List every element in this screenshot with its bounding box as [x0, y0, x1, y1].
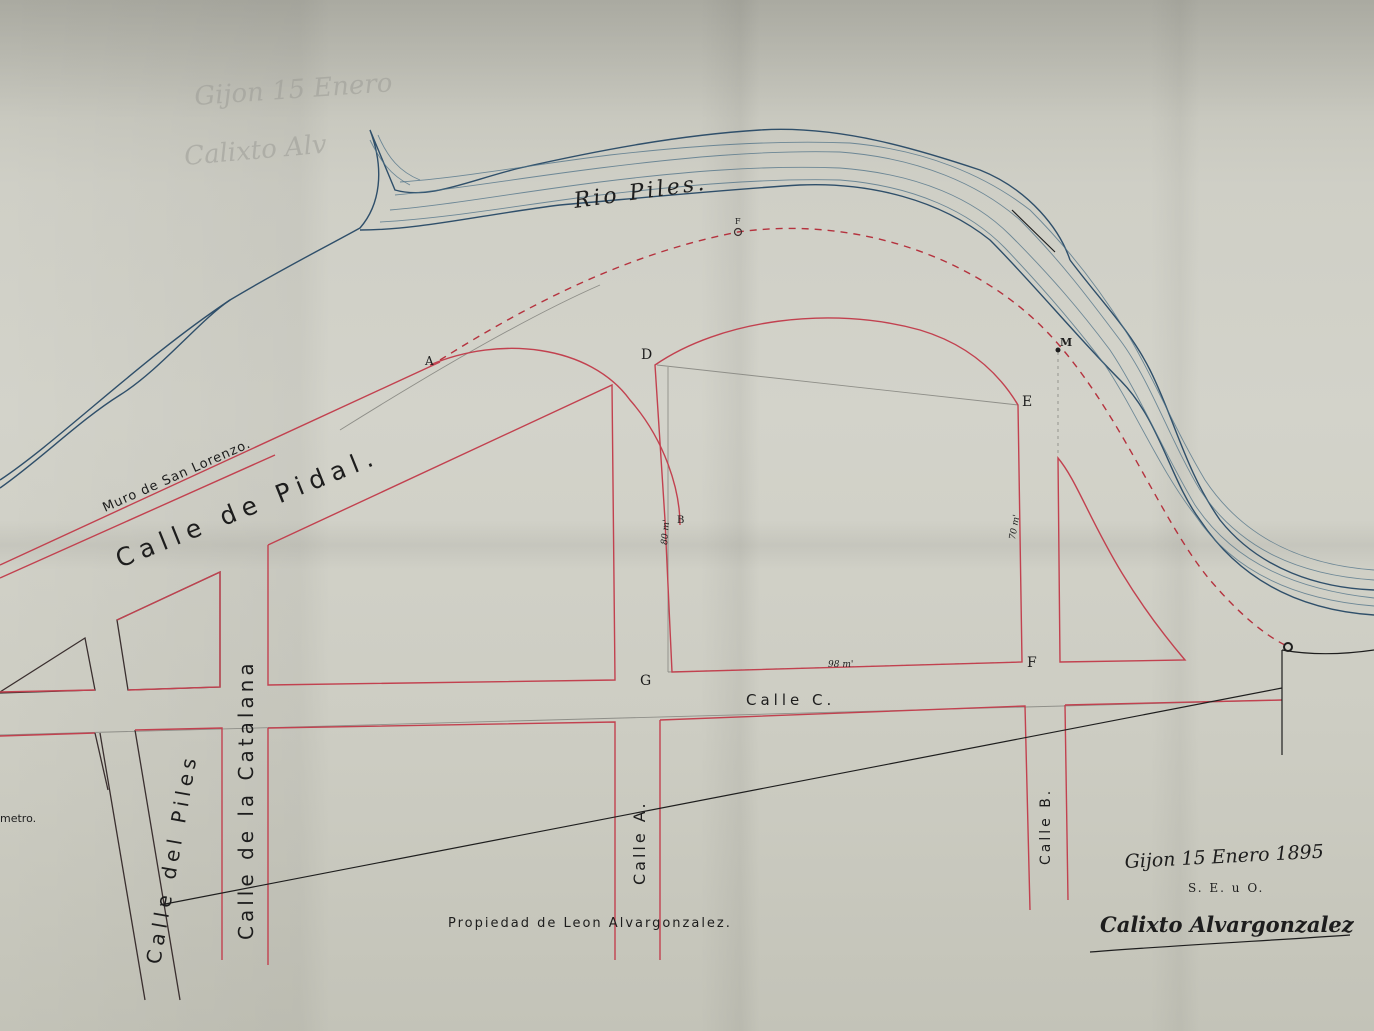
triangle-block — [1058, 458, 1185, 662]
label-calle-b: Calle B. — [1038, 788, 1054, 865]
label-calle-pidal: Calle de Pidal. — [111, 441, 383, 573]
signature-block: Gijon 15 Enero 1895 S. E. u O. Calixto A… — [1090, 841, 1355, 952]
ghost-text-line2: Calixto Alv — [183, 130, 328, 172]
point-b-label: B — [677, 515, 684, 526]
dimension-labels: 98 m' 80 m' 70 m' — [660, 514, 1022, 670]
signature: Calixto Alvargonzalez — [1100, 912, 1355, 937]
point-labels: A B D E F F G M — [424, 217, 1072, 689]
point-m-label: M — [1060, 336, 1072, 349]
point-f-label: F — [1027, 655, 1037, 671]
street-labels: Muro de San Lorenzo. Calle de Pidal. Cal… — [101, 437, 1054, 966]
map-drawing: Gijon 15 Enero Calixto Alv Rio Piles. — [0, 0, 1374, 1031]
arc-a-b — [430, 348, 680, 525]
point-d-label: D — [641, 347, 652, 363]
point-g-label: G — [640, 673, 651, 689]
point-e-label: E — [1022, 394, 1032, 410]
label-calle-a: Calle A. — [630, 800, 649, 885]
river-piles: Rio Piles. — [0, 129, 1374, 615]
point-a-label: A — [424, 354, 434, 368]
ghost-handwriting: Gijon 15 Enero Calixto Alv — [183, 68, 393, 172]
closing-formula: S. E. u O. — [1188, 881, 1264, 895]
place-date: Gijon 15 Enero 1895 — [1124, 841, 1324, 873]
label-calle-del-piles: Calle del Piles — [141, 752, 202, 966]
property-owner-label: Propiedad de Leon Alvargonzalez. — [448, 916, 732, 931]
ghost-text-line1: Gijon 15 Enero — [193, 68, 393, 112]
label-calle-c: Calle C. — [746, 691, 835, 709]
historical-map-plan: Gijon 15 Enero Calixto Alv Rio Piles. — [0, 0, 1374, 1031]
block-pidal-south — [268, 385, 615, 685]
dimension-80m: 80 m' — [660, 519, 672, 545]
scale-fragment: metro. — [0, 812, 36, 825]
point-f-upper-label: F — [735, 217, 741, 226]
dimension-98m: 98 m' — [828, 660, 853, 670]
label-calle-catalana: Calle de la Catalana — [234, 659, 258, 940]
